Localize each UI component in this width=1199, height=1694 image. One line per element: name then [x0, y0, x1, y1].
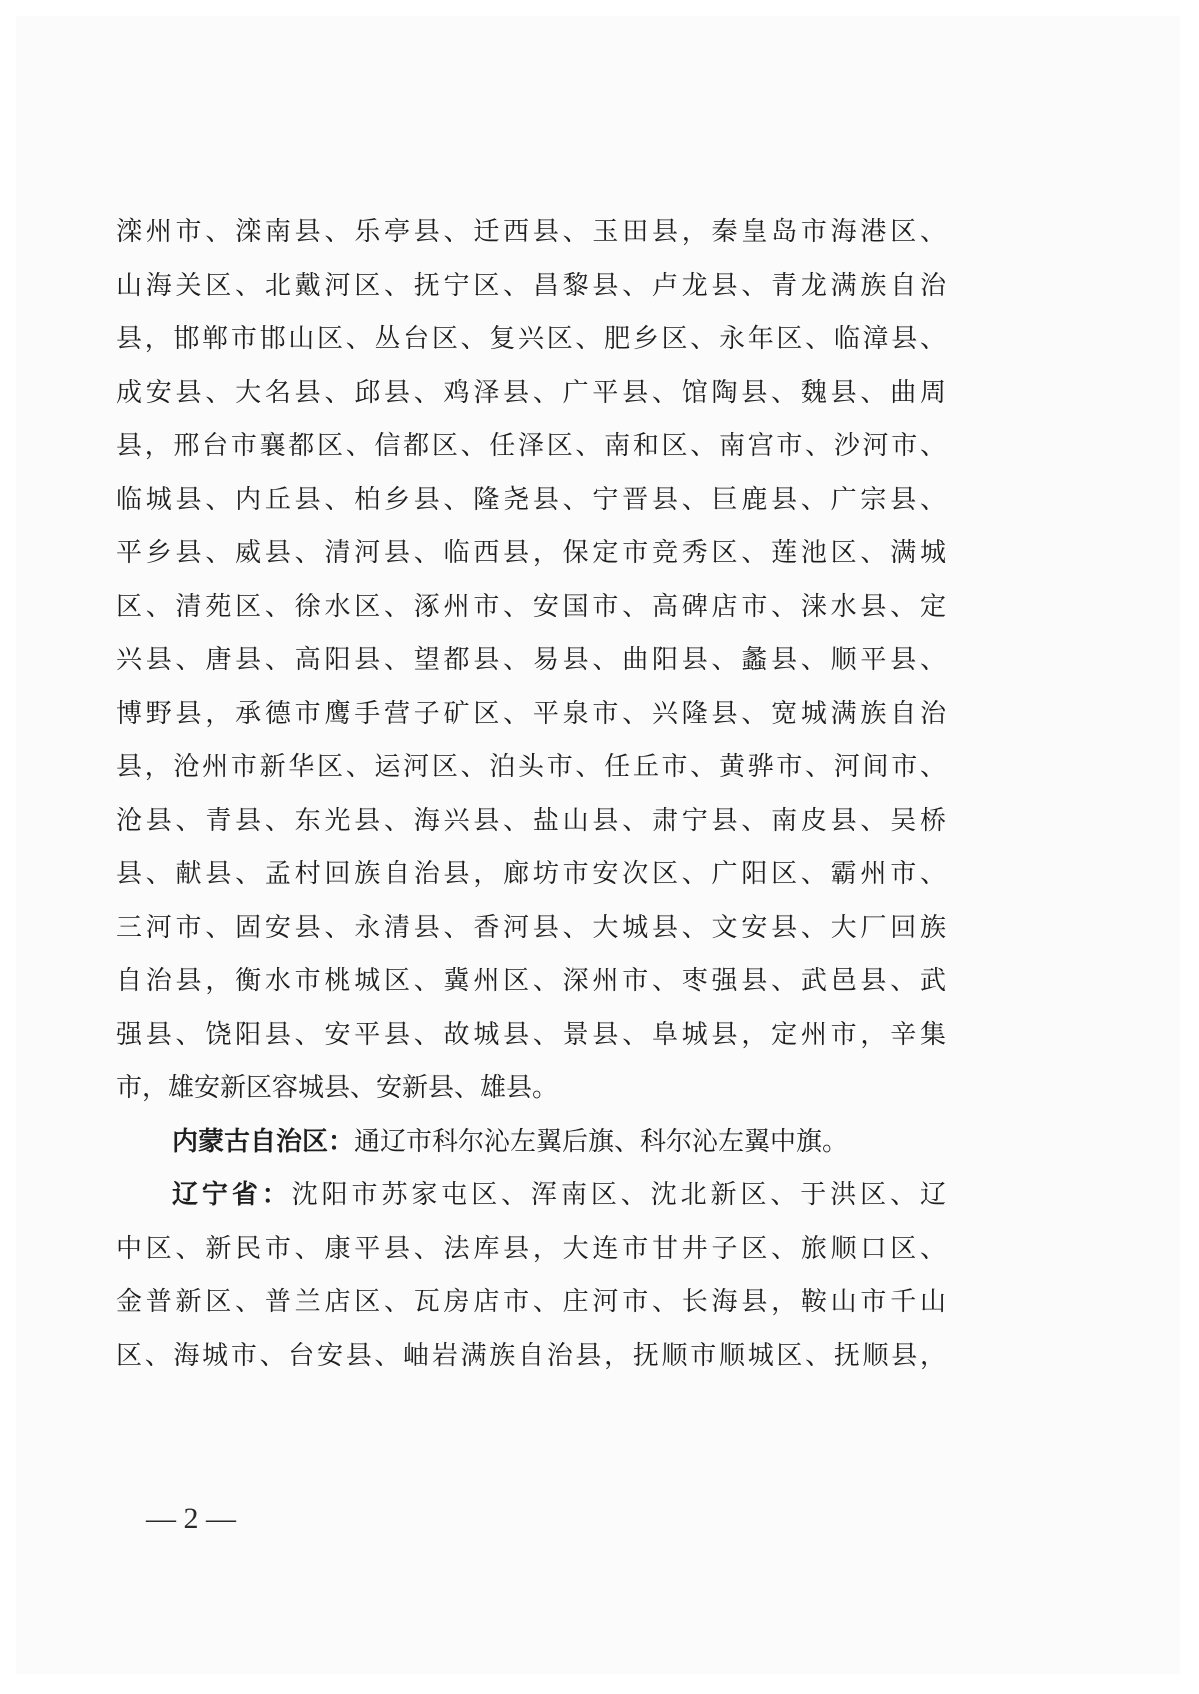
text-line: 中区、新民市、康平县、法库县，大连市甘井子区、旅顺口区、	[116, 1223, 946, 1277]
text-line: 兴县、唐县、高阳县、望都县、易县、曲阳县、蠡县、顺平县、	[116, 634, 946, 688]
text-line: 滦州市、滦南县、乐亭县、迁西县、玉田县，秦皇岛市海港区、	[116, 206, 946, 260]
text-line: 博野县，承德市鹰手营子矿区、平泉市、兴隆县、宽城满族自治	[116, 688, 946, 742]
text-line: 县，邢台市襄都区、信都区、任泽区、南和区、南宫市、沙河市、	[116, 420, 946, 474]
text-line: 金普新区、普兰店区、瓦房店市、庄河市、长海县，鞍山市千山	[116, 1276, 946, 1330]
text-line: 成安县、大名县、邱县、鸡泽县、广平县、馆陶县、魏县、曲周	[116, 367, 946, 421]
region-label-liaoning: 辽宁省：	[172, 1180, 292, 1210]
text-line: 沧县、青县、东光县、海兴县、盐山县、肃宁县、南皮县、吴桥	[116, 795, 946, 849]
text-line: 县、献县、孟村回族自治县，廊坊市安次区、广阳区、霸州市、	[116, 848, 946, 902]
region-text-liaoning: 沈阳市苏家屯区、浑南区、沈北新区、于洪区、辽	[292, 1180, 946, 1210]
text-line: 县，沧州市新华区、运河区、泊头市、任丘市、黄骅市、河间市、	[116, 741, 946, 795]
text-line: 三河市、固安县、永清县、香河县、大城县、文安县、大厂回族	[116, 902, 946, 956]
text-line: 山海关区、北戴河区、抚宁区、昌黎县、卢龙县、青龙满族自治	[116, 260, 946, 314]
scanned-page: 滦州市、滦南县、乐亭县、迁西县、玉田县，秦皇岛市海港区、 山海关区、北戴河区、抚…	[16, 16, 1180, 1674]
text-line: 强县、饶阳县、安平县、故城县、景县、阜城县，定州市，辛集	[116, 1009, 946, 1063]
inner-mongolia-paragraph: 内蒙古自治区：通辽市科尔沁左翼后旗、科尔沁左翼中旗。	[116, 1116, 946, 1170]
page-number: — 2 —	[146, 1502, 236, 1536]
text-line: 县，邯郸市邯山区、丛台区、复兴区、肥乡区、永年区、临漳县、	[116, 313, 946, 367]
text-line: 自治县，衡水市桃城区、冀州区、深州市、枣强县、武邑县、武	[116, 955, 946, 1009]
text-line: 临城县、内丘县、柏乡县、隆尧县、宁晋县、巨鹿县、广宗县、	[116, 474, 946, 528]
region-label-inner-mongolia: 内蒙古自治区：	[172, 1127, 354, 1157]
document-body: 滦州市、滦南县、乐亭县、迁西县、玉田县，秦皇岛市海港区、 山海关区、北戴河区、抚…	[116, 206, 946, 1383]
text-line: 平乡县、威县、清河县、临西县，保定市竞秀区、莲池区、满城	[116, 527, 946, 581]
text-line: 区、海城市、台安县、岫岩满族自治县，抚顺市顺城区、抚顺县，	[116, 1330, 946, 1384]
text-line: 区、清苑区、徐水区、涿州市、安国市、高碑店市、涞水县、定	[116, 581, 946, 635]
region-text-inner-mongolia: 通辽市科尔沁左翼后旗、科尔沁左翼中旗。	[354, 1127, 848, 1157]
text-line: 市，雄安新区容城县、安新县、雄县。	[116, 1062, 946, 1116]
liaoning-paragraph-first-line: 辽宁省：沈阳市苏家屯区、浑南区、沈北新区、于洪区、辽	[116, 1169, 946, 1223]
